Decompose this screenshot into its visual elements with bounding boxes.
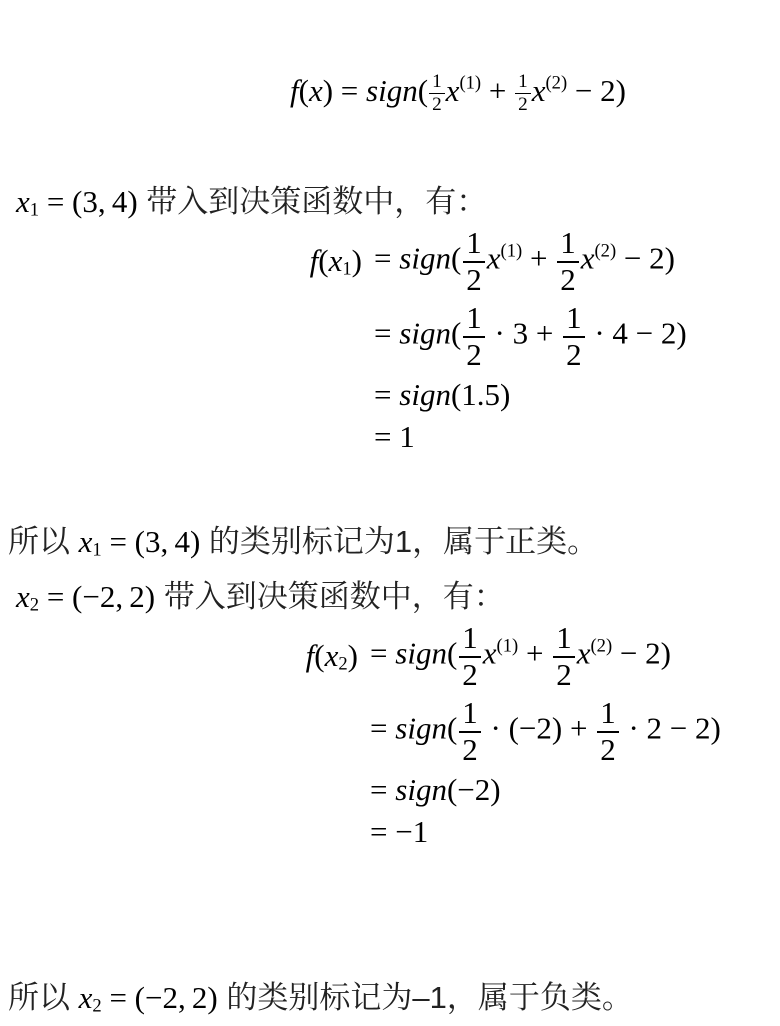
equation-lhs: f(x1) [278, 243, 362, 281]
inline-math: x1 = (3, 4) [16, 184, 138, 219]
fraction: 12 [463, 302, 485, 371]
text-run: 带入到决策函数中，有： [138, 184, 488, 219]
equation-line-3: = sign(1.5) [278, 377, 687, 413]
text-run: 所以 [8, 524, 79, 559]
fraction: 12 [563, 302, 585, 371]
fraction: 12 [557, 227, 579, 296]
text-run: 的类别标记为–1，属于负类。 [218, 980, 633, 1015]
equation-line-4: = −1 [274, 814, 721, 850]
fraction: 12 [553, 622, 575, 691]
paragraph-conclusion-x2: 所以 x2 = (−2, 2) 的类别标记为–1，属于负类。 [8, 978, 633, 1019]
equation-line-1: f(x1)= sign(12x(1) + 12x(2) − 2) [278, 227, 687, 296]
equation-rhs: = sign(12x(1) + 12x(2) − 2) [370, 622, 671, 691]
fraction: 12 [515, 72, 531, 115]
fraction: 12 [429, 72, 445, 115]
fraction: 12 [597, 697, 619, 766]
equation-line-1: f(x2)= sign(12x(1) + 12x(2) − 2) [274, 622, 721, 691]
equation-rhs: = sign(1.5) [374, 377, 510, 413]
formula-decision-function: f(x) = sign(12x(1) + 12x(2) − 2) [290, 72, 626, 115]
text-run: 的类别标记为1，属于正类。 [200, 524, 598, 559]
inline-math: x1 = (3, 4) [79, 524, 201, 559]
equation-line-4: = 1 [278, 419, 687, 455]
inline-math: x2 = (−2, 2) [16, 579, 155, 614]
derivation-x1: f(x1)= sign(12x(1) + 12x(2) − 2)= sign(1… [278, 227, 687, 461]
equation-rhs: = sign(12 · 3 + 12 · 4 − 2) [374, 302, 687, 371]
equation-rhs: = sign(12 · (−2) + 12 · 2 − 2) [370, 697, 721, 766]
equation-rhs: = 1 [374, 419, 415, 455]
paragraph-substitute-x1: x1 = (3, 4) 带入到决策函数中，有： [16, 182, 487, 223]
equation-lhs: f(x2) [274, 638, 358, 676]
equation-line-3: = sign(−2) [274, 772, 721, 808]
equation-rhs: = −1 [370, 814, 428, 850]
fraction: 12 [459, 697, 481, 766]
equation-rhs: = sign(12x(1) + 12x(2) − 2) [374, 227, 675, 296]
derivation-x2: f(x2)= sign(12x(1) + 12x(2) − 2)= sign(1… [274, 622, 721, 856]
equation-rhs: = sign(−2) [370, 772, 501, 808]
inline-math: x2 = (−2, 2) [79, 980, 218, 1015]
equation-line-2: = sign(12 · 3 + 12 · 4 − 2) [278, 302, 687, 371]
equation-line-2: = sign(12 · (−2) + 12 · 2 − 2) [274, 697, 721, 766]
fraction: 12 [459, 622, 481, 691]
document-page: f(x) = sign(12x(1) + 12x(2) − 2) x1 = (3… [0, 0, 780, 1026]
paragraph-conclusion-x1: 所以 x1 = (3, 4) 的类别标记为1，属于正类。 [8, 522, 598, 563]
text-run: 带入到决策函数中，有： [155, 579, 505, 614]
text-run: 所以 [8, 980, 79, 1015]
paragraph-substitute-x2: x2 = (−2, 2) 带入到决策函数中，有： [16, 577, 505, 618]
fraction: 12 [463, 227, 485, 296]
